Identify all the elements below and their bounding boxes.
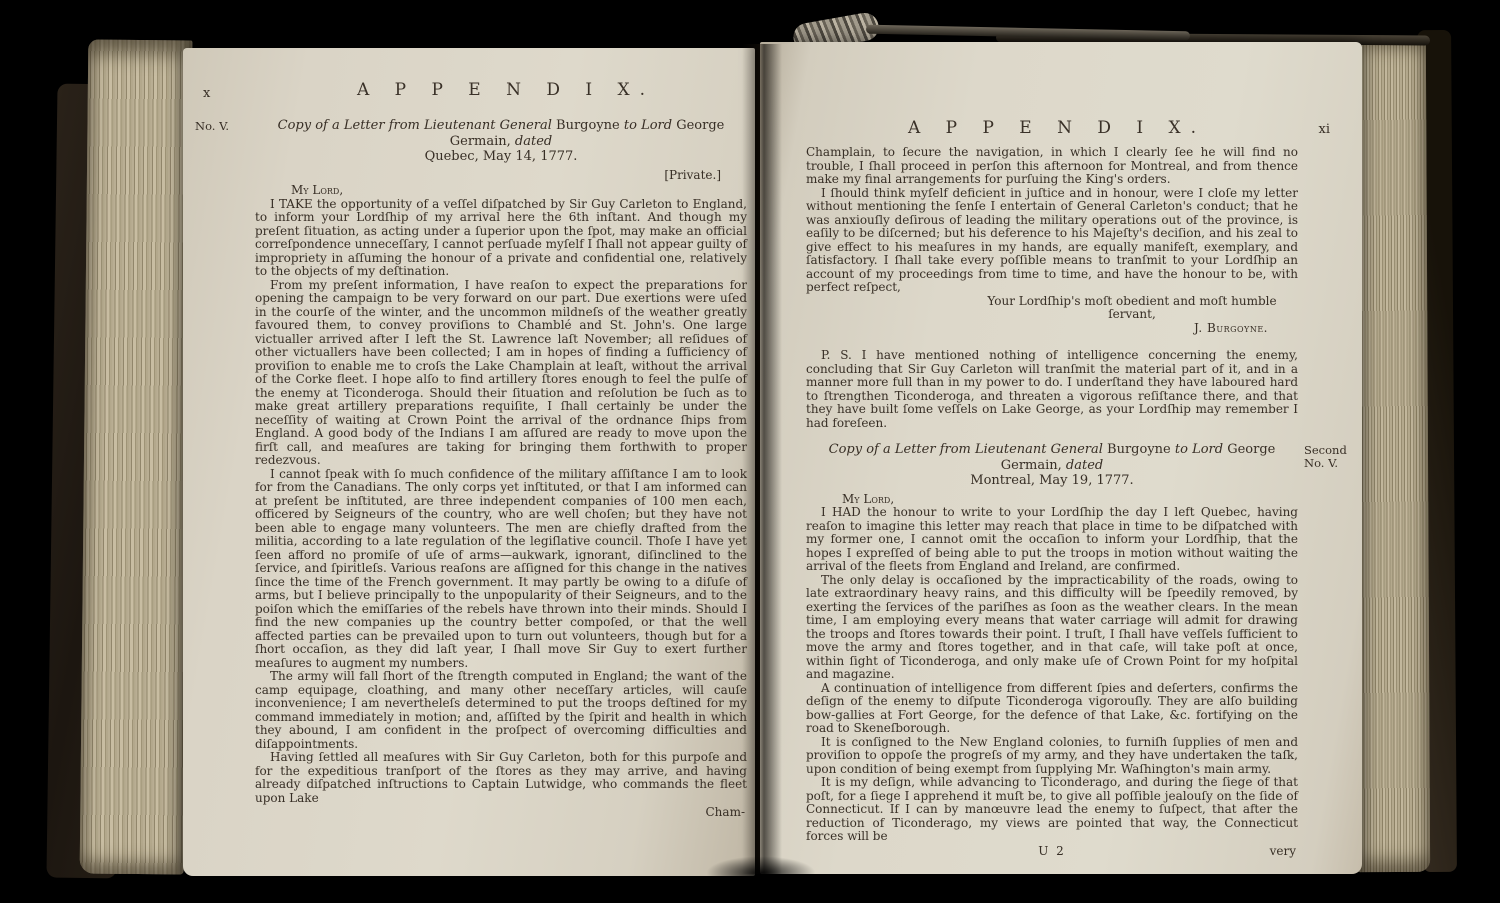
running-head-left: A P P E N D I X.	[255, 80, 747, 100]
gutter-shadow	[742, 44, 782, 874]
right-page: A P P E N D I X. xi Champlain, to ſecure…	[760, 42, 1362, 874]
page-number-left: x	[203, 86, 210, 101]
letter-paragraph: The only delay is occaſioned by the impr…	[806, 574, 1298, 682]
letter-paragraph: It is my deſign, while advancing to Tico…	[806, 776, 1298, 844]
right-page-body: I HAD the honour to write to your Lordſh…	[806, 506, 1298, 844]
side-note-no-v: No. V.	[195, 120, 247, 133]
page-number-right: xi	[1319, 122, 1331, 137]
letter-paragraph: Champlain, to ſecure the navigation, in …	[806, 146, 1298, 187]
salutation-right: My Lord,	[806, 493, 1298, 507]
catchword-line-right: U 2 very	[806, 845, 1298, 860]
catchword-line-left: Cham-	[255, 806, 747, 821]
postscript: P. S. I have mentioned nothing of intell…	[806, 349, 1298, 430]
text-segment: Copy of a Letter from Lieutenant General	[278, 118, 556, 133]
private-tag: [Private.]	[255, 169, 747, 183]
letter-heading-1: No. V. Copy of a Letter from Lieutenant …	[255, 118, 747, 165]
letter-paragraph: It is conſigned to the New England colon…	[806, 736, 1298, 777]
letter-paragraph: I HAD the honour to write to your Lordſh…	[806, 506, 1298, 574]
letter-heading-1-line1: Copy of a Letter from Lieutenant General…	[278, 118, 725, 149]
text-segment: to Lord	[1171, 442, 1227, 457]
gutter-bottom-shadow	[706, 856, 816, 890]
catchword-right: very	[1270, 845, 1296, 859]
running-head-right: A P P E N D I X.	[806, 118, 1298, 138]
letter-heading-2-dateline: Montreal, May 19, 1777.	[806, 473, 1298, 489]
text-segment: dated	[511, 134, 552, 149]
left-page: x A P P E N D I X. No. V. Copy of a Lett…	[183, 48, 755, 876]
left-page-body: I TAKE the opportunity of a veſſel diſpa…	[255, 198, 747, 806]
text-segment: Burgoyne	[556, 118, 620, 133]
letter-paragraph: I cannot ſpeak with ſo much confidence o…	[255, 468, 747, 671]
catchword-left: Cham-	[706, 806, 746, 820]
letter-paragraph: I ſhould think myſelf deficient in juſti…	[806, 187, 1298, 295]
photograph-of-open-book: x A P P E N D I X. No. V. Copy of a Lett…	[0, 0, 1500, 903]
text-segment: Burgoyne	[1107, 442, 1171, 457]
text-segment: to Lord	[620, 118, 676, 133]
letter-heading-2: Second No. V. Copy of a Letter from Lieu…	[806, 442, 1298, 489]
text-segment: Copy of a Letter from Lieutenant General	[829, 442, 1107, 457]
text-segment: dated	[1062, 458, 1103, 473]
signature: J. Burgoyne.	[806, 322, 1298, 336]
letter-heading-1-dateline: Quebec, May 14, 1777.	[255, 149, 747, 165]
letter-paragraph: I TAKE the opportunity of a veſſel diſpa…	[255, 198, 747, 279]
letter-paragraph: A continuation of intelligence from diff…	[806, 682, 1298, 736]
side-note-second-no-v: Second No. V.	[1304, 444, 1360, 470]
right-page-continuation: Champlain, to ſecure the navigation, in …	[806, 146, 1298, 295]
salutation-left: My Lord,	[255, 184, 747, 198]
signature-mark: U 2	[806, 845, 1298, 859]
fore-edge-left	[80, 39, 193, 874]
letter-heading-2-line1: Copy of a Letter from Lieutenant General…	[829, 442, 1276, 473]
closing-line: Your Lordſhip's moſt obedient and moſt h…	[806, 295, 1298, 322]
letter-paragraph: The army will fall ſhort of the ſtrength…	[255, 670, 747, 751]
letter-paragraph: Having ſettled all meaſures with Sir Guy…	[255, 751, 747, 805]
letter-paragraph: From my preſent information, I have reaſ…	[255, 279, 747, 468]
fore-edge-right	[1352, 36, 1430, 872]
